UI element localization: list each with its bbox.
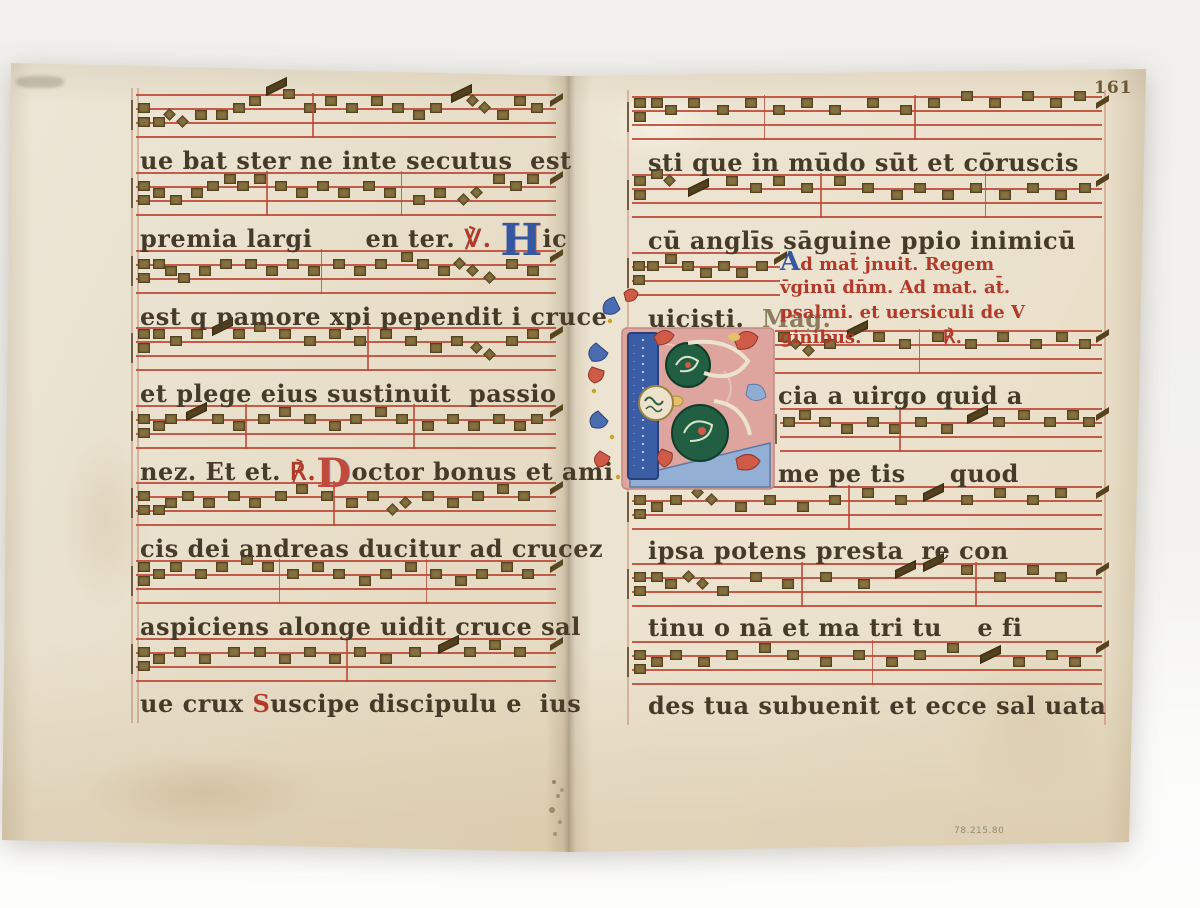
neume-square — [275, 491, 287, 501]
neume-square — [514, 96, 526, 106]
pencil-accession-number: 78.215.80 — [954, 826, 1004, 836]
chant-text-line-right: ipsa potens presta re con — [648, 536, 1009, 566]
neume-square — [1067, 410, 1079, 420]
staff-line — [632, 514, 1102, 516]
neume-oblique — [980, 645, 1001, 664]
neume-diamond — [399, 496, 412, 509]
neume-square — [801, 98, 813, 108]
neume-square — [999, 190, 1011, 200]
staff-left — [136, 638, 556, 680]
neume-square — [1055, 572, 1067, 582]
clef-mark — [627, 647, 629, 677]
neume-square — [820, 657, 832, 667]
neume-square — [928, 98, 940, 108]
neume-square — [153, 569, 165, 579]
neume-square — [829, 105, 841, 115]
neume-square — [138, 117, 150, 127]
pen-flourished-initial: D — [316, 450, 351, 497]
neume-square — [153, 654, 165, 664]
staff-barline — [801, 562, 803, 607]
neume-square — [853, 650, 865, 660]
neume-square — [717, 586, 729, 596]
neume-square — [493, 414, 505, 424]
neume-square — [634, 664, 646, 674]
neume-square — [961, 495, 973, 505]
neume-square — [138, 103, 150, 113]
staff-line — [136, 94, 556, 96]
clef-mark — [627, 569, 629, 599]
neume-square — [138, 414, 150, 424]
chant-text-line-left: premia largi en ter. ℣. Hic — [140, 224, 567, 254]
left-edge-shading — [2, 60, 32, 850]
neume-square — [199, 654, 211, 664]
neume-square — [333, 569, 345, 579]
neume-square — [258, 414, 270, 424]
text-segment: ℣. — [464, 224, 491, 253]
neume-square — [782, 579, 794, 589]
staff-line — [632, 591, 1102, 593]
neume-square — [915, 417, 927, 427]
pencil-marginalia — [16, 76, 64, 88]
neume-square — [228, 647, 240, 657]
neume-square — [468, 421, 480, 431]
chant-text-line-left: cis dei andreas ducitur ad crucez — [140, 534, 603, 564]
neume-square — [138, 491, 150, 501]
clef-mark — [131, 333, 133, 363]
neume-square — [138, 576, 150, 586]
staff-line — [136, 341, 556, 343]
neume-square — [634, 650, 646, 660]
text-segment: ℟. — [290, 457, 316, 486]
staff-line — [632, 605, 1102, 607]
staff-barline — [975, 562, 977, 607]
neume-square — [820, 572, 832, 582]
neume-square — [497, 110, 509, 120]
staff-line — [136, 602, 556, 604]
rubric-segment: ginibus. — [780, 327, 861, 348]
neume-square — [510, 181, 522, 191]
neume-square — [994, 488, 1006, 498]
neume-diamond — [479, 101, 492, 114]
neume-square — [726, 650, 738, 660]
neume-diamond — [696, 577, 709, 590]
rubric-line: Ad mat̄ jnuit. Regem — [780, 250, 994, 277]
neume-diamond — [705, 493, 718, 506]
neume-square — [527, 266, 539, 276]
neume-square — [153, 188, 165, 198]
neume-square — [900, 105, 912, 115]
neume-square — [745, 98, 757, 108]
neume-square — [997, 332, 1009, 342]
neume-square — [287, 259, 299, 269]
neume-square — [1027, 495, 1039, 505]
neume-square — [634, 509, 646, 519]
neume-square — [380, 654, 392, 664]
neume-square — [750, 183, 762, 193]
neume-square — [417, 259, 429, 269]
neume-square — [333, 259, 345, 269]
neume-square — [634, 190, 646, 200]
chant-text-line-left: et plege eius sustinuit passio — [140, 379, 556, 409]
neume-oblique — [688, 178, 709, 197]
neume-square — [914, 650, 926, 660]
neume-square — [665, 105, 677, 115]
text-segment: cis dei andreas ducitur ad crucez — [140, 534, 603, 563]
right-edge-shading — [1104, 60, 1148, 850]
neume-square — [170, 195, 182, 205]
neume-diamond — [470, 186, 483, 199]
staff-line — [632, 110, 1102, 112]
neume-square — [970, 183, 982, 193]
staff-barline — [266, 171, 268, 216]
staff-line — [136, 292, 556, 294]
neume-diamond — [466, 264, 479, 277]
staff-line — [632, 669, 1102, 671]
staff-left — [136, 94, 556, 136]
staff-barline — [413, 404, 415, 449]
illuminated-initial-letter: L — [0, 0, 1, 1]
staff-line — [632, 124, 1102, 126]
neume-square — [531, 103, 543, 113]
neume-diamond — [386, 503, 399, 516]
staff-line — [136, 136, 556, 138]
staff-barline — [401, 171, 403, 216]
neume-square — [801, 183, 813, 193]
neume-square — [430, 343, 442, 353]
neume-square — [783, 417, 795, 427]
neume-square — [153, 259, 165, 269]
neume-square — [1022, 91, 1034, 101]
neume-square — [329, 421, 341, 431]
text-segment: ue crux — [140, 689, 252, 718]
neume-square — [522, 569, 534, 579]
neume-square — [138, 505, 150, 515]
neume-square — [455, 576, 467, 586]
neume-square — [392, 103, 404, 113]
staff-line — [775, 358, 1102, 360]
neume-square — [138, 661, 150, 671]
staff-line — [780, 436, 1102, 438]
rubric-line: v̄ginū dn̄m. Ad mat. at̄. — [780, 275, 1010, 300]
neume-square — [787, 650, 799, 660]
neume-square — [191, 188, 203, 198]
versal-initial: A — [780, 247, 800, 277]
neume-square — [153, 421, 165, 431]
neume-square — [670, 650, 682, 660]
neume-square — [651, 657, 663, 667]
margin-rule — [1104, 90, 1106, 725]
clef-mark — [131, 644, 133, 674]
staff-barline — [914, 95, 916, 140]
text-segment: cia a uirgo quid a — [778, 381, 1023, 410]
neume-square — [965, 339, 977, 349]
staff-line — [632, 683, 1102, 685]
neume-square — [207, 181, 219, 191]
neume-square — [773, 105, 785, 115]
neume-square — [1044, 417, 1056, 427]
neume-square — [506, 336, 518, 346]
neume-square — [1013, 657, 1025, 667]
clef-mark — [627, 492, 629, 522]
neume-square — [867, 417, 879, 427]
clef-mark — [131, 566, 133, 596]
neume-square — [514, 647, 526, 657]
staff-barline — [764, 95, 766, 140]
neume-square — [287, 569, 299, 579]
neume-square — [647, 261, 659, 271]
neume-square — [464, 647, 476, 657]
neume-square — [367, 491, 379, 501]
staff-line — [136, 200, 556, 202]
text-segment: uscipe discipulu e ius — [270, 689, 581, 718]
neume-square — [634, 98, 646, 108]
neume-square — [199, 266, 211, 276]
neume-square — [819, 417, 831, 427]
staff-barline — [245, 404, 247, 449]
neume-square — [750, 572, 762, 582]
staff-line — [632, 138, 1102, 140]
neume-square — [354, 647, 366, 657]
neume-square — [346, 103, 358, 113]
neume-square — [380, 569, 392, 579]
chant-text-line-right: me pe tis quod — [778, 459, 1019, 489]
rubric-segment: v̄ginū dn̄m. Ad mat. at̄. — [780, 277, 1010, 298]
chant-text-line-right: des tua subuenit et ecce sal uata — [648, 691, 1106, 721]
neume-square — [165, 266, 177, 276]
neume-square — [233, 103, 245, 113]
neume-square — [138, 195, 150, 205]
neume-square — [138, 181, 150, 191]
staff-right — [632, 96, 1102, 138]
neume-square — [891, 190, 903, 200]
neume-square — [942, 190, 954, 200]
text-segment: sti que in mūdo sūt et cōruscis — [648, 148, 1079, 177]
text-segment: me pe tis quod — [778, 459, 1019, 488]
neume-square — [275, 181, 287, 191]
neume-square — [447, 414, 459, 424]
neume-square — [759, 643, 771, 653]
neume-square — [718, 261, 730, 271]
neume-square — [651, 502, 663, 512]
staff-line — [136, 510, 556, 512]
staff-line — [632, 202, 1102, 204]
neume-square — [961, 565, 973, 575]
neume-square — [717, 105, 729, 115]
neume-square — [237, 181, 249, 191]
staff-line — [136, 369, 556, 371]
neume-square — [174, 647, 186, 657]
neume-square — [203, 498, 215, 508]
staff-line — [775, 372, 1102, 374]
neume-square — [841, 424, 853, 434]
staff-right — [632, 641, 1102, 683]
neume-square — [736, 268, 748, 278]
neume-square — [228, 491, 240, 501]
staff-line — [136, 122, 556, 124]
neume-square — [178, 273, 190, 283]
chant-text-line-left: ue bat ster ne inte secutus est — [140, 146, 572, 176]
rubric-line: psalmi. et uersiculi de V — [780, 300, 1025, 325]
staff-barline — [985, 173, 987, 218]
neume-square — [862, 488, 874, 498]
stain — [84, 752, 324, 832]
staff-barline — [872, 640, 874, 685]
chant-text-line-left: est q pamore xpi pependit i cruce — [140, 302, 607, 332]
neume-square — [329, 654, 341, 664]
staff-line — [136, 524, 556, 526]
neume-square — [651, 572, 663, 582]
neume-diamond — [470, 341, 483, 354]
staff-right — [632, 174, 1102, 216]
neume-square — [138, 647, 150, 657]
staff-barline — [848, 485, 850, 530]
neume-square — [867, 98, 879, 108]
staff-line — [632, 528, 1102, 530]
neume-square — [296, 188, 308, 198]
neume-square — [914, 183, 926, 193]
parchment-spread: ue bat ster ne inte secutus estpremia la… — [0, 0, 1200, 908]
staff-barline — [820, 173, 822, 218]
illuminated-initial-L — [584, 281, 780, 493]
pen-flourished-initial: H — [500, 215, 542, 266]
neume-square — [195, 569, 207, 579]
neume-square — [245, 259, 257, 269]
staff-line — [136, 214, 556, 216]
neume-square — [138, 343, 150, 353]
neume-square — [304, 647, 316, 657]
neume-square — [266, 266, 278, 276]
clef-mark — [627, 102, 629, 132]
neume-square — [862, 183, 874, 193]
spread-shadow: ue bat ster ne inte secutus estpremia la… — [0, 0, 1200, 908]
neume-square — [451, 336, 463, 346]
neume-square — [518, 491, 530, 501]
neume-square — [895, 495, 907, 505]
neume-square — [1046, 650, 1058, 660]
staff-line — [632, 216, 1102, 218]
neume-square — [764, 495, 776, 505]
neume-diamond — [483, 271, 496, 284]
neume-diamond — [458, 193, 471, 206]
clef-mark — [131, 256, 133, 286]
fold-speckles — [552, 780, 556, 784]
neume-square — [531, 414, 543, 424]
neume-square — [413, 110, 425, 120]
neume-square — [799, 410, 811, 420]
neume-square — [413, 195, 425, 205]
neume-square — [153, 505, 165, 515]
text-segment: ue bat ster ne inte secutus est — [140, 146, 572, 175]
neume-square — [354, 336, 366, 346]
neume-square — [165, 498, 177, 508]
neume-square — [700, 268, 712, 278]
neume-square — [359, 576, 371, 586]
neume-square — [254, 647, 266, 657]
chant-text-line-left: ue crux Suscipe discipulu e ius — [140, 689, 581, 719]
neume-square — [346, 498, 358, 508]
manuscript-photograph: ue bat ster ne inte secutus estpremia la… — [0, 0, 1200, 908]
neume-square — [670, 495, 682, 505]
text-segment: nez. Et et. — [140, 457, 290, 486]
staff-barline — [279, 559, 281, 604]
staff-left — [136, 172, 556, 214]
neume-square — [405, 336, 417, 346]
neume-square — [354, 266, 366, 276]
neume-square — [1083, 417, 1095, 427]
neume-diamond — [453, 257, 466, 270]
neume-square — [138, 259, 150, 269]
neume-square — [375, 259, 387, 269]
neume-diamond — [682, 570, 695, 583]
neume-square — [363, 181, 375, 191]
rubric-line: ginibus. ℟. — [780, 325, 962, 350]
neume-diamond — [164, 108, 177, 121]
neume-square — [688, 98, 700, 108]
text-segment: S — [252, 689, 270, 718]
neume-square — [396, 414, 408, 424]
text-segment: aspiciens alonge uidit cruce sal — [140, 612, 581, 641]
chant-text-line-left: aspiciens alonge uidit cruce sal — [140, 612, 581, 642]
staff-line — [136, 588, 556, 590]
neume-square — [665, 579, 677, 589]
chant-text-line-left: nez. Et et. ℟.Doctor bonus et ami — [140, 457, 614, 487]
neume-square — [1056, 332, 1068, 342]
neume-square — [422, 491, 434, 501]
neume-square — [170, 336, 182, 346]
neume-square — [1055, 488, 1067, 498]
text-segment: premia largi en ter. — [140, 224, 464, 253]
neume-square — [994, 572, 1006, 582]
neume-square — [756, 261, 768, 271]
staff-barline — [899, 407, 901, 452]
staff-line — [136, 433, 556, 435]
neume-square — [886, 657, 898, 667]
neume-square — [1069, 657, 1081, 667]
text-segment: octor bonus et ami — [351, 457, 613, 486]
chant-text-line-right: tinu o nā et ma tri tu e fi — [648, 613, 1022, 643]
neume-square — [682, 261, 694, 271]
neume-square — [698, 657, 710, 667]
neume-square — [634, 176, 646, 186]
neume-square — [1074, 91, 1086, 101]
neume-square — [430, 569, 442, 579]
neume-square — [384, 188, 396, 198]
neume-square — [350, 414, 362, 424]
neume-square — [325, 96, 337, 106]
neume-square — [138, 428, 150, 438]
chant-text-line-right: cia a uirgo quid a — [778, 381, 1023, 411]
neume-square — [1030, 339, 1042, 349]
clef-mark — [131, 411, 133, 441]
staff-barline — [346, 637, 348, 682]
neume-square — [634, 112, 646, 122]
rubric-segment: ℟. — [943, 327, 962, 348]
staff-line — [136, 447, 556, 449]
neume-square — [1079, 339, 1091, 349]
neume-square — [634, 495, 646, 505]
text-segment: est q pamore xpi pependit i cruce — [140, 302, 607, 331]
neume-square — [153, 117, 165, 127]
neume-square — [304, 336, 316, 346]
neume-square — [233, 421, 245, 431]
neume-square — [371, 96, 383, 106]
text-segment: et plege eius sustinuit passio — [140, 379, 556, 408]
staff-right — [632, 563, 1102, 605]
staff-left — [136, 560, 556, 602]
neume-diamond — [483, 348, 496, 361]
staff-barline — [312, 93, 314, 138]
neume-square — [338, 188, 350, 198]
